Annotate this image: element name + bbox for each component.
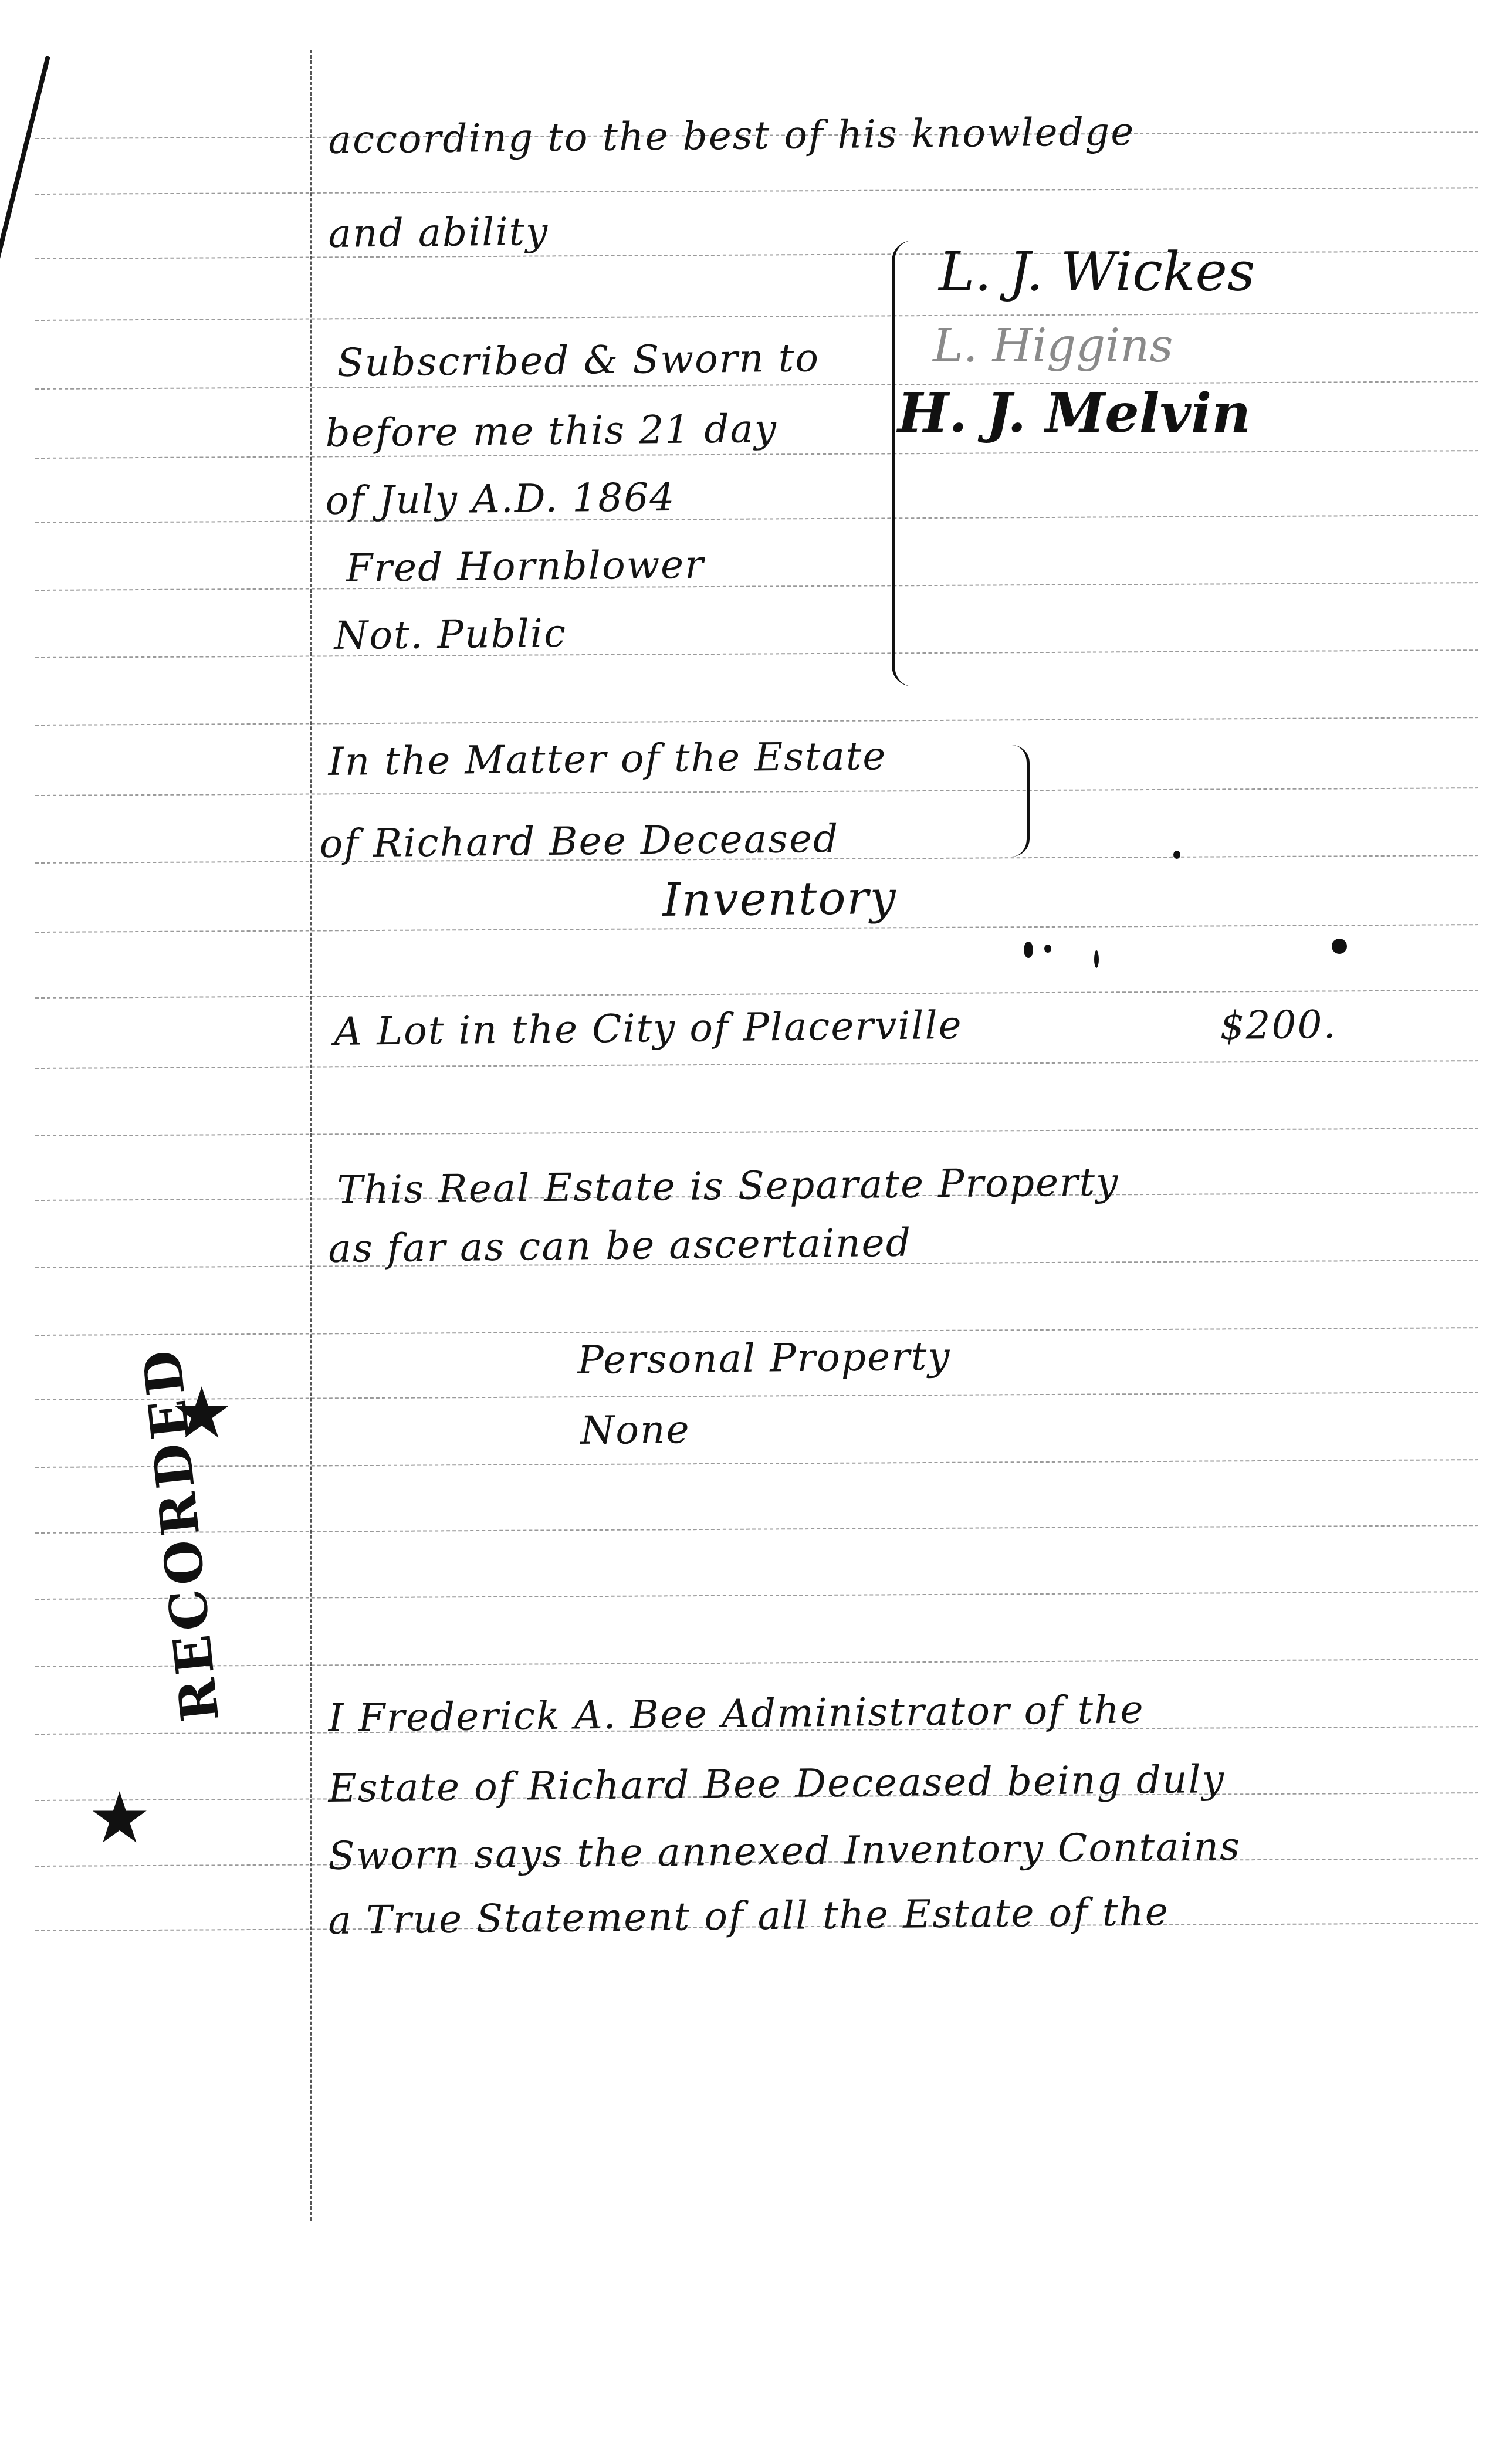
left-margin-line xyxy=(310,50,312,2221)
jurat-line: Fred Hornblower xyxy=(346,542,705,591)
inventory-item-value: $200. xyxy=(1220,1002,1337,1048)
signature-wickes: L. J. Wickes xyxy=(939,241,1255,303)
ruled-line xyxy=(35,515,1478,523)
ruled-line xyxy=(35,649,1478,658)
oath-line-1: according to the best of his knowledge xyxy=(328,109,1135,163)
signature-brace xyxy=(892,241,912,686)
ruled-line xyxy=(35,312,1478,321)
ink-spot xyxy=(1024,942,1033,958)
jurat-line: before me this 21 day xyxy=(325,406,777,456)
ruled-line xyxy=(35,1327,1478,1336)
ruled-line xyxy=(35,1659,1478,1667)
ruled-line xyxy=(35,1591,1478,1600)
ruled-line xyxy=(35,1459,1478,1468)
caption-line: of Richard Bee Deceased xyxy=(319,816,839,867)
ruled-line xyxy=(35,1392,1478,1400)
margin-pen-stroke xyxy=(0,56,50,273)
ruled-line xyxy=(35,582,1478,591)
inventory-heading: Inventory xyxy=(662,872,897,927)
caption-line: In the Matter of the Estate xyxy=(328,733,887,784)
ruled-line xyxy=(35,251,1478,259)
ruled-line xyxy=(35,1128,1478,1136)
property-note-line: as far as can be ascertained xyxy=(328,1220,912,1271)
property-note-line: This Real Estate is Separate Property xyxy=(337,1159,1119,1213)
jurat-line: Not. Public xyxy=(334,611,567,658)
jurat-line: Subscribed & Sworn to xyxy=(337,335,820,385)
star-icon: ★ xyxy=(88,1783,151,1854)
ruled-line xyxy=(35,990,1478,999)
ruled-line xyxy=(35,717,1478,726)
admin-oath-line: a True Statement of all the Estate of th… xyxy=(328,1889,1169,1943)
ruled-line xyxy=(35,381,1478,390)
ink-spot xyxy=(1173,851,1180,859)
caption-brace xyxy=(1009,745,1030,857)
document-page: according to the best of his knowledge a… xyxy=(0,0,1496,2464)
admin-oath-line: I Frederick A. Bee Administrator of the xyxy=(328,1687,1145,1741)
personal-property-heading: Personal Property xyxy=(577,1333,951,1383)
oath-line-2: and ability xyxy=(328,209,549,256)
ruled-line xyxy=(35,787,1478,796)
ink-spot xyxy=(1332,939,1347,954)
ink-spot xyxy=(1044,945,1051,953)
jurat-line: of July A.D. 1864 xyxy=(325,475,675,523)
ruled-line xyxy=(35,187,1478,195)
inventory-item-description: A Lot in the City of Placerville xyxy=(334,1003,963,1054)
ruled-line xyxy=(35,1060,1478,1069)
signature-higgins: L. Higgins xyxy=(933,320,1173,373)
ruled-line xyxy=(35,450,1478,459)
ruled-line xyxy=(35,1525,1478,1534)
signature-melvin: H. J. Melvin xyxy=(898,381,1251,445)
personal-property-value: None xyxy=(580,1407,691,1453)
admin-oath-line: Sworn says the annexed Inventory Contain… xyxy=(328,1824,1241,1879)
admin-oath-line: Estate of Richard Bee Deceased being dul… xyxy=(328,1756,1225,1811)
ink-spot xyxy=(1094,950,1099,968)
